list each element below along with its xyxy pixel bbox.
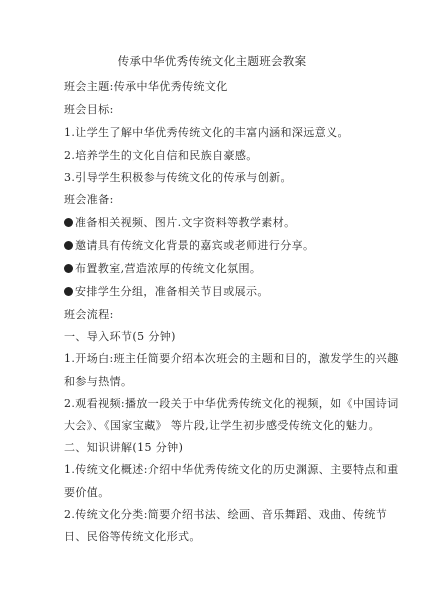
goal-item: 1.让学生了解中华优秀传统文化的丰富内涵和深远意义。 bbox=[64, 124, 349, 140]
prep-item: 安排学生分组，准备相关节目或展示。 bbox=[64, 283, 269, 299]
prep-item: 布置教室,营造浓厚的传统文化氛围。 bbox=[64, 260, 261, 276]
prep-heading: 班会准备: bbox=[64, 191, 114, 207]
theme-line: 班会主题:传承中华优秀传统文化 bbox=[64, 78, 228, 94]
section2-item: 1.传统文化概述:介绍中华优秀传统文化的历史渊源、主要特点和重 bbox=[64, 461, 399, 477]
section1-item: 1.开场白:班主任简要介绍本次班会的主题和目的，激发学生的兴趣 bbox=[64, 350, 399, 366]
goal-item: 2.培养学生的文化自信和民族自豪感。 bbox=[64, 147, 258, 163]
section2-item-cont: 要价值。 bbox=[64, 484, 110, 500]
document-page: 传承中华优秀传统文化主题班会教案 班会主题:传承中华优秀传统文化 班会目标: 1… bbox=[0, 0, 424, 600]
bullet-icon bbox=[64, 264, 73, 273]
prep-item: 邀请具有传统文化背景的嘉宾或老师进行分享。 bbox=[64, 237, 314, 253]
section1-item-cont: 和参与热情。 bbox=[64, 373, 132, 389]
goals-heading: 班会目标: bbox=[64, 101, 114, 117]
prep-item: 准备相关视频、图片.文字资料等教学素材。 bbox=[64, 214, 296, 230]
section2-item-cont: 日、民俗等传统文化形式。 bbox=[64, 528, 201, 544]
bullet-icon bbox=[64, 287, 73, 296]
section1-item-cont: 大会》、《国家宝藏》 等片段,让学生初步感受传统文化的魅力。 bbox=[64, 417, 380, 433]
document-title: 传承中华优秀传统文化主题班会教案 bbox=[0, 53, 424, 69]
bullet-icon bbox=[64, 218, 73, 227]
section2-item: 2.传统文化分类:简要介绍书法、绘画、音乐舞蹈、戏曲、传统节 bbox=[64, 506, 387, 522]
bullet-icon bbox=[64, 241, 73, 250]
goal-item: 3.引导学生积极参与传统文化的传承与创新。 bbox=[64, 169, 292, 185]
section2-heading: 二、知识讲解(15 分钟) bbox=[64, 439, 183, 455]
section1-item: 2.观看视频:播放一段关于中华优秀传统文化的视频，如《中国诗词 bbox=[64, 395, 399, 411]
section1-heading: 一、导入环节(5 分钟) bbox=[64, 328, 176, 344]
process-heading: 班会流程: bbox=[64, 306, 114, 322]
